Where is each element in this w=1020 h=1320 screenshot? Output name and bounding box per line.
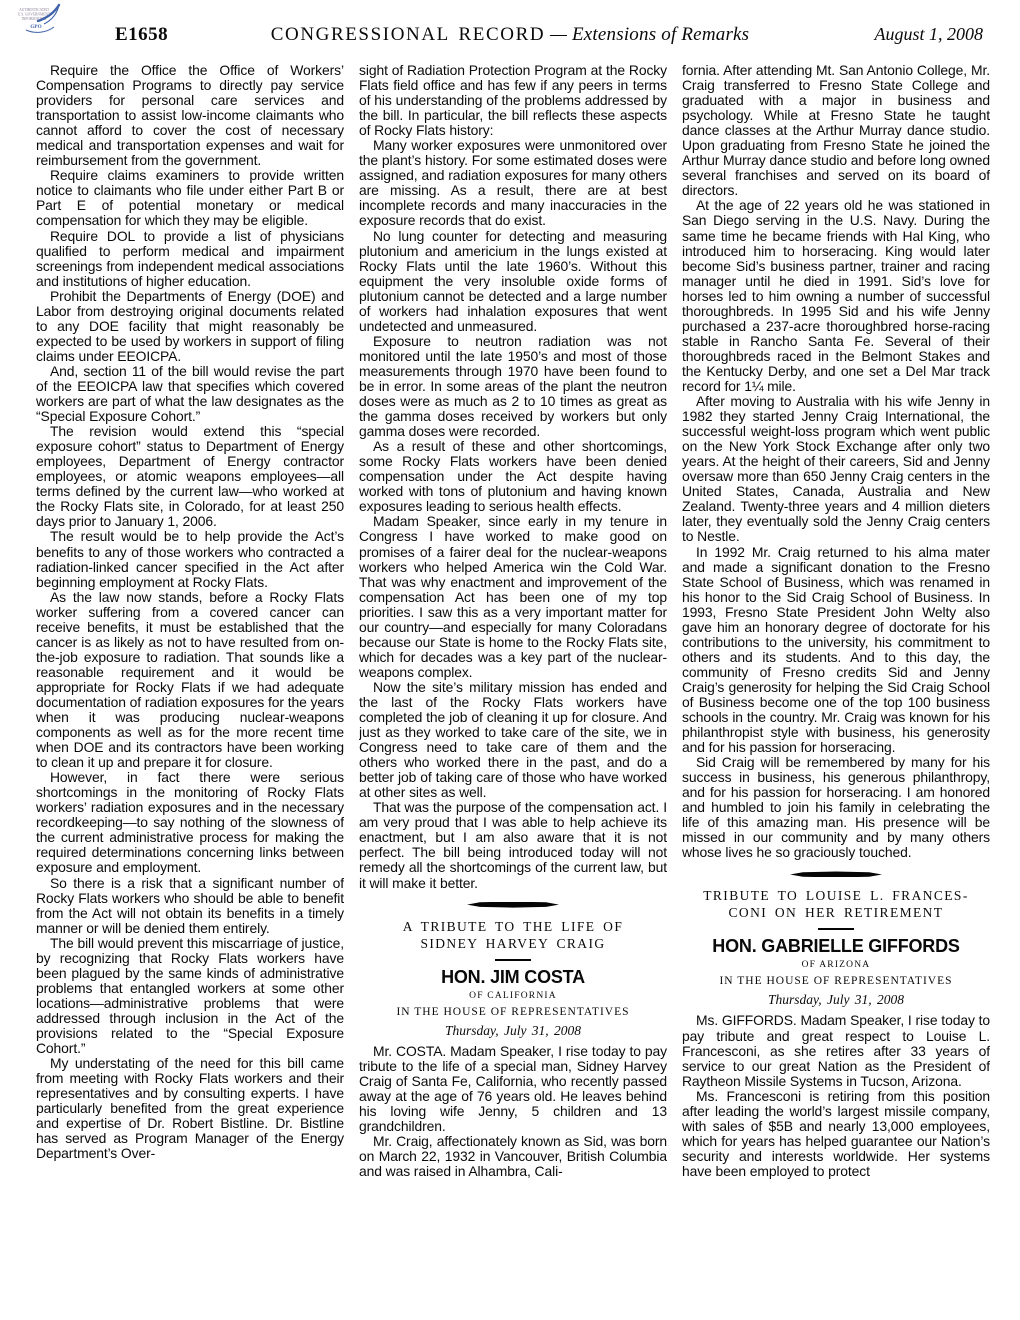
article-title: A TRIBUTE TO THE LIFE OFSIDNEY HARVEY CR… [359, 918, 667, 952]
paragraph: Mr. Craig, affectionately known as Sid, … [359, 1134, 667, 1179]
article-title-line: TRIBUTE TO LOUISE L. FRANCES- [682, 887, 990, 904]
member-name: HON. JIM COSTA [359, 968, 667, 987]
paragraph: After moving to Australia with his wife … [682, 394, 990, 544]
paragraph: Require claims examiners to provide writ… [36, 168, 344, 228]
paragraph: Ms. GIFFORDS. Madam Speaker, I rise toda… [682, 1013, 990, 1088]
article-header: A TRIBUTE TO THE LIFE OFSIDNEY HARVEY CR… [359, 918, 667, 1039]
paragraph: And, section 11 of the bill would revise… [36, 364, 344, 424]
paragraph: My understating of the need for this bil… [36, 1056, 344, 1161]
paragraph: Mr. COSTA. Madam Speaker, I rise today t… [359, 1044, 667, 1134]
paragraph: However, in fact there were serious shor… [36, 770, 344, 875]
text-column-2: sight of Radiation Protection Program at… [359, 63, 667, 1243]
paragraph: Require the Office the Office of Workers… [36, 63, 344, 168]
paragraph: As the law now stands, before a Rocky Fl… [36, 590, 344, 771]
article-title: TRIBUTE TO LOUISE L. FRANCES-CONI ON HER… [682, 887, 990, 921]
masthead: E1658 CONGRESSIONAL RECORD — Extensions … [0, 24, 1020, 50]
paragraph: Require DOL to provide a list of physici… [36, 229, 344, 289]
issue-date: August 1, 2008 [874, 24, 983, 45]
member-state: OF CALIFORNIA [359, 991, 667, 1001]
paragraph-continuation: sight of Radiation Protection Program at… [359, 63, 667, 138]
paragraph: In 1992 Mr. Craig returned to his alma m… [682, 545, 990, 756]
article-columns: Require the Office the Office of Workers… [36, 63, 990, 1243]
paragraph: At the age of 22 years old he was statio… [682, 198, 990, 394]
paragraph: As a result of these and other shortcomi… [359, 439, 667, 514]
section-divider [467, 902, 559, 908]
paragraph: No lung counter for detecting and measur… [359, 229, 667, 334]
article-title-line: CONI ON HER RETIREMENT [682, 904, 990, 921]
section-divider [790, 871, 882, 877]
paragraph: Now the site’s military mission has ende… [359, 680, 667, 800]
paragraph-continuation: fornia. After attending Mt. San Antonio … [682, 63, 990, 198]
title-rule [495, 959, 531, 961]
member-name: HON. GABRIELLE GIFFORDS [682, 937, 990, 956]
journal-title-section: — Extensions of Remarks [550, 24, 749, 45]
paragraph: Exposure to neutron radiation was not mo… [359, 334, 667, 439]
chamber-line: IN THE HOUSE OF REPRESENTATIVES [682, 975, 990, 987]
paragraph: Ms. Francesconi is retiring from this po… [682, 1089, 990, 1179]
paragraph: Sid Craig will be remembered by many for… [682, 755, 990, 860]
seal-text-line: U.S. GOVERNMENT [18, 12, 51, 16]
journal-title-main: CONGRESSIONAL RECORD [271, 24, 545, 45]
paragraph: So there is a risk that a significant nu… [36, 876, 344, 936]
article-header: TRIBUTE TO LOUISE L. FRANCES-CONI ON HER… [682, 887, 990, 1008]
paragraph: Prohibit the Departments of Energy (DOE)… [36, 289, 344, 364]
text-column-1: Require the Office the Office of Workers… [36, 63, 344, 1243]
chamber-line: IN THE HOUSE OF REPRESENTATIVES [359, 1006, 667, 1018]
title-rule [818, 928, 854, 930]
paragraph: Madam Speaker, since early in my tenure … [359, 514, 667, 680]
paragraph: The bill would prevent this miscarriage … [36, 936, 344, 1056]
congressional-record-page: { "header": { "page_number": "E1658", "t… [0, 0, 1020, 1320]
paragraph: Many worker exposures were unmonitored o… [359, 138, 667, 228]
journal-title: CONGRESSIONAL RECORD — Extensions of Rem… [0, 24, 1020, 46]
article-title-line: A TRIBUTE TO THE LIFE OF [359, 918, 667, 935]
text-column-3: fornia. After attending Mt. San Antonio … [682, 63, 990, 1243]
seal-text-line: AUTHENTICATED [19, 8, 49, 12]
paragraph: That was the purpose of the compensation… [359, 800, 667, 890]
session-date: Thursday, July 31, 2008 [682, 992, 990, 1008]
paragraph: The revision would extend this “special … [36, 424, 344, 529]
session-date: Thursday, July 31, 2008 [359, 1023, 667, 1039]
paragraph: The result would be to help provide the … [36, 529, 344, 589]
article-title-line: SIDNEY HARVEY CRAIG [359, 935, 667, 952]
member-state: OF ARIZONA [682, 960, 990, 970]
